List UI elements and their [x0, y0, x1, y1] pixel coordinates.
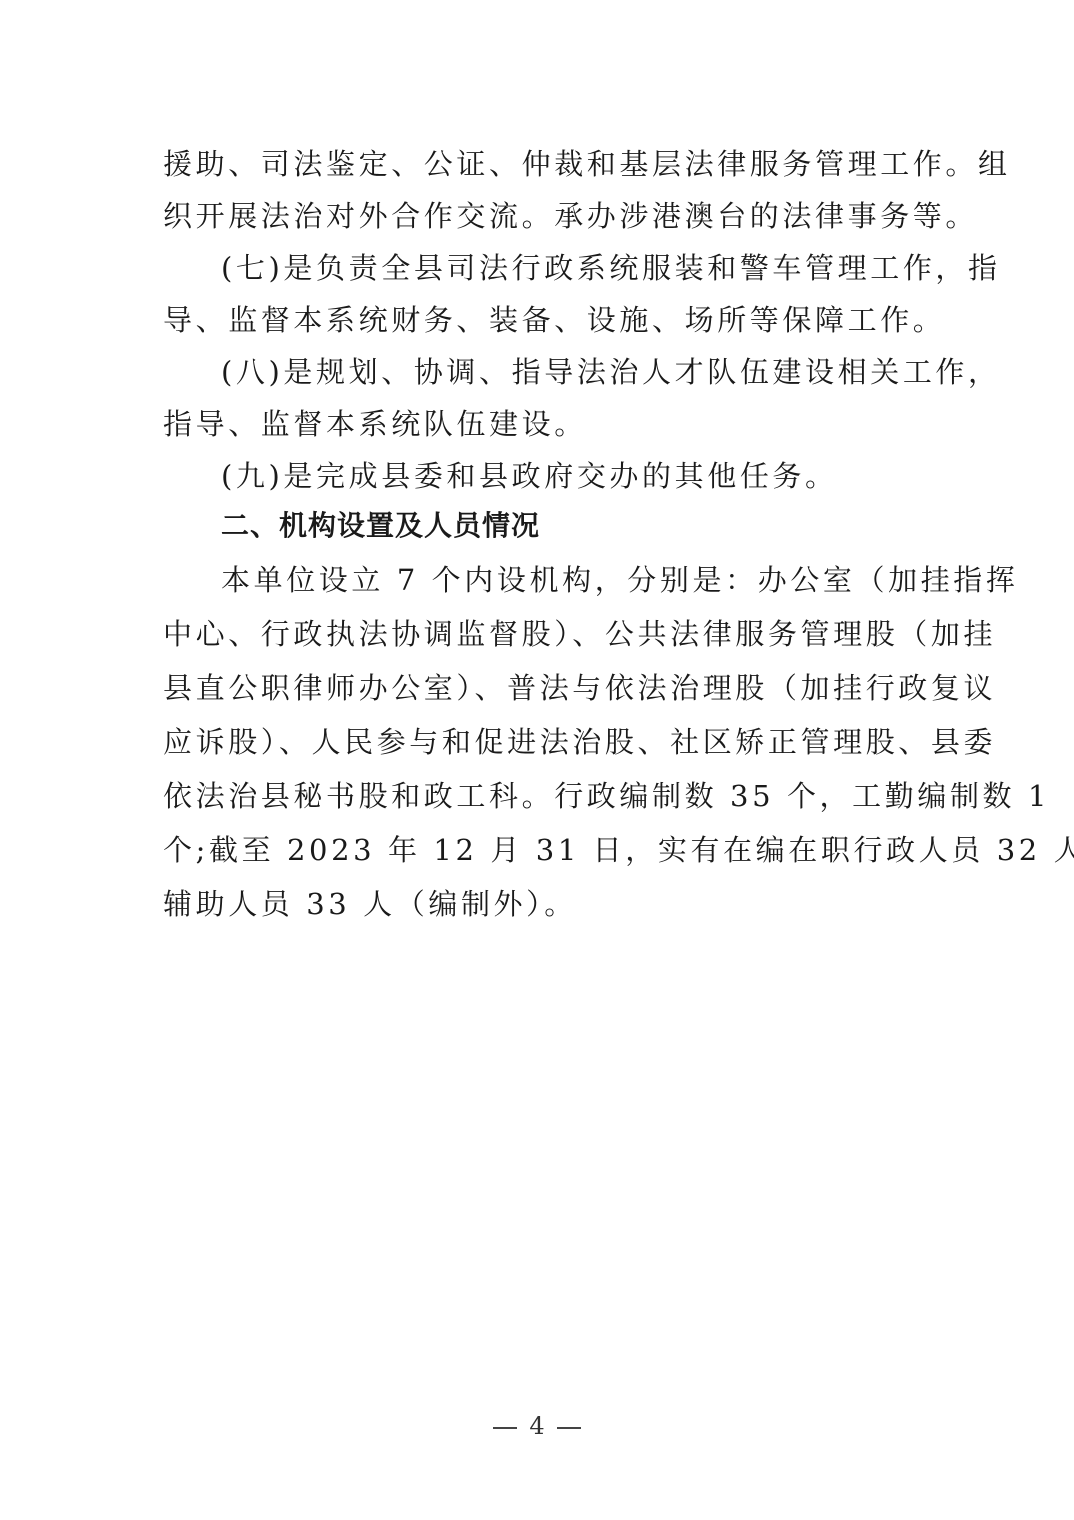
- section-heading: 二、机构设置及人员情况: [221, 506, 971, 546]
- paragraph-line: 援助、司法鉴定、公证、仲裁和基层法律服务管理工作。组: [163, 144, 913, 184]
- paragraph-line: 织开展法治对外合作交流。承办涉港澳台的法律事务等。: [163, 196, 913, 236]
- paragraph-line: 辅助人员 33 人（编制外）。: [163, 884, 913, 924]
- paragraph-line: 本单位设立 7 个内设机构，分别是：办公室（加挂指挥: [221, 560, 913, 600]
- paragraph-line: 指导、监督本系统队伍建设。: [163, 404, 913, 444]
- dash-right: [557, 1427, 581, 1429]
- paragraph-line: 导、监督本系统财务、装备、设施、场所等保障工作。: [163, 300, 913, 340]
- paragraph-line: 依法治县秘书股和政工科。行政编制数 35 个，工勤编制数 1: [163, 776, 913, 816]
- paragraph-line: 应诉股）、人民参与和促进法治股、社区矫正管理股、县委: [163, 722, 913, 762]
- page-number: 4: [529, 1412, 544, 1440]
- page-footer: 4: [0, 1408, 1074, 1444]
- paragraph-line: 中心、行政执法协调监督股）、公共法律服务管理股（加挂: [163, 614, 913, 654]
- dash-left: [493, 1427, 517, 1429]
- paragraph-line: (八)是规划、协调、指导法治人才队伍建设相关工作，: [221, 352, 913, 392]
- paragraph-line: 个;截至 2023 年 12 月 31 日，实有在编在职行政人员 32 人;: [163, 830, 913, 870]
- paragraph-line: (九)是完成县委和县政府交办的其他任务。: [221, 456, 913, 496]
- paragraph-line: (七)是负责全县司法行政系统服装和警车管理工作，指: [221, 248, 913, 288]
- document-page: 援助、司法鉴定、公证、仲裁和基层法律服务管理工作。组 织开展法治对外合作交流。承…: [0, 0, 1074, 1520]
- paragraph-line: 县直公职律师办公室）、普法与依法治理股（加挂行政复议: [163, 668, 913, 708]
